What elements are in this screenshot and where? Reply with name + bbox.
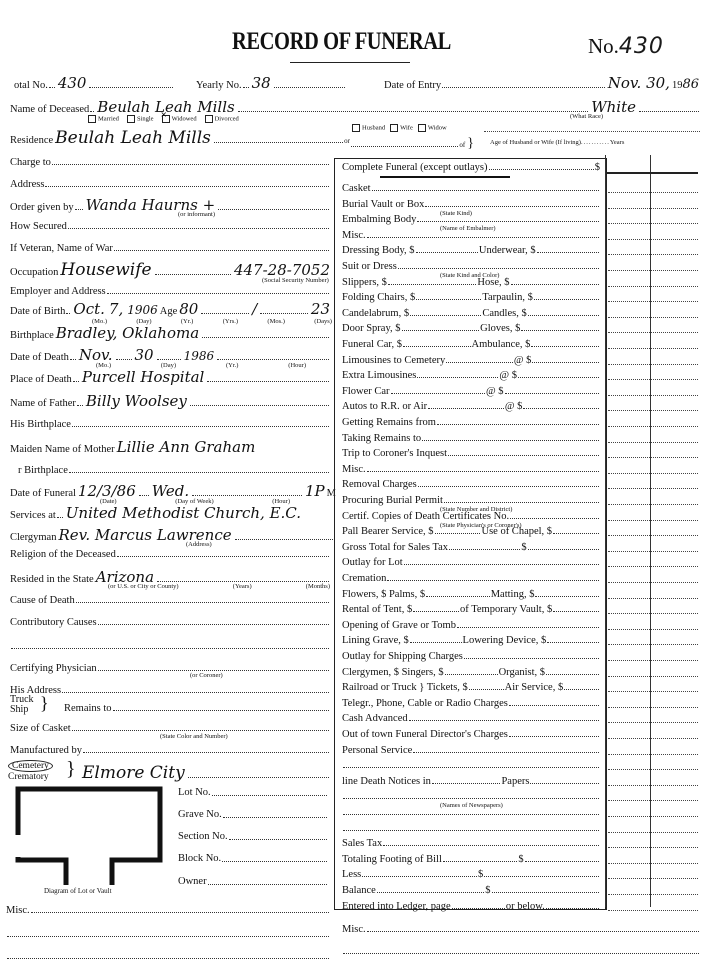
charge-label: Clergymen, $ Singers, $ (342, 667, 444, 678)
charge-line[interactable]: Misc. (342, 230, 600, 241)
charge-line[interactable]: Extra Limousines@ $ (342, 370, 600, 381)
amount-field[interactable] (608, 285, 698, 287)
charge-label: line Death Notices in (342, 776, 431, 787)
amount-field[interactable] (608, 300, 698, 302)
charge-label: Removal Charges (342, 479, 417, 490)
amount-field[interactable] (608, 737, 698, 739)
charge-label: Autos to R.R. or Air (342, 401, 427, 412)
place-of-death-field[interactable]: Place of DeathPurcell Hospital (10, 368, 330, 386)
charge-sublabel: Matting, $ (491, 589, 535, 600)
charge-sublabel: $ (485, 885, 490, 896)
certifying-physician-field[interactable]: Certifying Physician (10, 662, 330, 674)
amount-field[interactable] (608, 768, 698, 770)
marital-widowed[interactable]: Widowed (162, 115, 197, 123)
charge-line[interactable]: Candelabrum, $Candles, $ (342, 308, 600, 319)
checkbox-icon[interactable] (88, 115, 96, 123)
charge-label: Rental of Tent, $ (342, 604, 412, 615)
mother-field[interactable]: Maiden Name of MotherLillie Ann Graham (10, 438, 340, 456)
date-of-entry-value: Nov. 30, (608, 74, 670, 92)
charge-line[interactable]: Burial Vault or Box (342, 199, 600, 210)
services-at-field[interactable]: Services atUnited Methodist Church, E.C. (10, 504, 336, 522)
complete-funeral-row[interactable]: Complete Funeral (except outlays)$ (342, 162, 600, 173)
date-of-entry-field[interactable]: Date of EntryNov. 30,1986 (384, 74, 699, 92)
marital-status-group: Married Single Widowed Divorced (88, 115, 239, 123)
cemetery-circled-label: Cemetery (8, 760, 53, 772)
charge-label: Trip to Coroner's Inquest (342, 448, 447, 459)
charge-line[interactable]: Railroad or Truck } Tickets, $Air Servic… (342, 682, 600, 693)
religion-field[interactable]: Religion of the Deceased (10, 548, 330, 560)
charge-sublabel: of Temporary Vault, $ (460, 604, 552, 615)
total-no-label: otal No. (14, 80, 48, 91)
charge-label: Dressing Body, $ (342, 245, 415, 256)
charge-label: Cash Advanced (342, 713, 408, 724)
amount-field[interactable] (608, 394, 698, 396)
charge-label: Outlay for Lot (342, 557, 403, 568)
charge-sublabel: Ambulance, $ (472, 339, 531, 350)
charge-sublabel: Underwear, $ (479, 245, 536, 256)
charge-line[interactable]: Door Spray, $Gloves, $ (342, 323, 600, 334)
yearly-no-label: Yearly No. (196, 80, 242, 91)
grave-no-field[interactable]: Grave No. (178, 809, 328, 820)
lot-vault-diagram (14, 785, 164, 885)
charge-to-field[interactable]: Charge to (10, 156, 330, 168)
charge-sublabel: Hose, $ (477, 277, 509, 288)
charge-label: Taking Remains to (342, 433, 421, 444)
residence-value: Beulah Leah Mills (55, 128, 211, 148)
amount-field[interactable] (608, 331, 698, 333)
address-field[interactable]: Address (10, 178, 330, 190)
block-no-field[interactable]: Block No. (178, 853, 328, 864)
owner-field[interactable]: Owner (178, 876, 328, 887)
veteran-field[interactable]: If Veteran, Name of War (10, 242, 330, 254)
his-address-field[interactable]: His Address (10, 684, 330, 696)
record-number: No.430 (588, 34, 664, 59)
residence-label: Residence (10, 135, 53, 146)
amount-field[interactable] (608, 628, 698, 630)
charge-label: Out of town Funeral Director's Charges (342, 729, 508, 740)
clergyman-address-caption: (Address) (186, 541, 212, 548)
charge-sublabel: Tarpaulin, $ (482, 292, 533, 303)
amount-field[interactable] (608, 753, 698, 755)
charge-sublabel: Lowering Device, $ (463, 635, 547, 646)
charge-line[interactable]: Outlay for Lot (342, 557, 600, 568)
amount-field[interactable] (608, 456, 698, 458)
charge-line[interactable]: Balance$ (342, 885, 600, 896)
date-of-birth-field[interactable]: Date of Birth Oct.7,1906 Age80/23 (10, 300, 332, 318)
charge-label: Folding Chairs, $ (342, 292, 415, 303)
charge-line[interactable]: Procuring Burial Permit (342, 495, 600, 506)
charge-sublabel: Use of Chapel, $ (481, 526, 552, 537)
cause-of-death-field[interactable]: Cause of Death (10, 594, 330, 606)
amount-field[interactable] (608, 909, 698, 911)
employer-field[interactable]: Employer and Address (10, 285, 330, 297)
amount-field[interactable] (608, 425, 698, 427)
charge-line[interactable]: Personal Service (342, 745, 600, 756)
charge-sublabel: @ $ (514, 355, 532, 366)
charge-label: Totaling Footing of Bill (342, 854, 442, 865)
charge-sublabel: @ $ (499, 370, 517, 381)
year-prefix: 19 (672, 80, 683, 91)
resided-captions: (or U.S. or City or County)(Years)(Month… (108, 583, 330, 590)
contributory-causes-line-2[interactable] (10, 640, 330, 649)
amount-field[interactable] (608, 519, 698, 521)
race-caption: (What Race) (570, 113, 603, 120)
amount-field[interactable] (608, 846, 698, 848)
charge-label: Extra Limousines (342, 370, 416, 381)
charge-label: Door Spray, $ (342, 323, 401, 334)
misc-field-right[interactable]: Misc. (342, 923, 700, 935)
charge-sublabel: Organist, $ (499, 667, 545, 678)
casket-caption: (State Color and Number) (160, 733, 228, 740)
amount-field[interactable] (608, 831, 698, 833)
charge-line[interactable] (342, 823, 600, 831)
name-label: Name of Deceased (10, 104, 89, 115)
amount-field[interactable] (608, 721, 698, 723)
cemetery-crematory-labels: Cemetery Crematory (8, 760, 53, 782)
charge-line[interactable]: Taking Remains to (342, 433, 600, 444)
charge-label: Certif. Copies of Death Certificates No. (342, 511, 509, 522)
charge-line[interactable]: line Death Notices inPapers (342, 776, 600, 787)
amount-field[interactable] (608, 253, 698, 255)
charge-label: Embalming Body (342, 214, 416, 225)
charge-label: Slippers, $ (342, 277, 387, 288)
charge-label: Casket (342, 183, 371, 194)
charge-line[interactable]: Embalming Body (342, 214, 600, 225)
amount-field[interactable] (608, 503, 698, 505)
amount-field[interactable] (608, 706, 698, 708)
cents-column-divider (650, 155, 651, 907)
charge-line[interactable]: Getting Remains from (342, 417, 600, 428)
her-birthplace-field[interactable]: r Birthplace (18, 464, 330, 476)
checkbox-icon[interactable] (352, 124, 360, 132)
charge-line[interactable]: Cremation (342, 573, 600, 584)
amount-field[interactable] (608, 675, 698, 677)
coroner-caption: (or Coroner) (190, 672, 223, 679)
amount-field[interactable] (608, 862, 698, 864)
charge-label: Pall Bearer Service, $ (342, 526, 434, 537)
option-husband[interactable]: Husband (352, 124, 385, 132)
remains-to-field[interactable]: Remains to (64, 702, 330, 714)
charge-sublabel: or below. (506, 901, 545, 912)
date-of-entry-label: Date of Entry (384, 80, 441, 91)
charge-label: Candelabrum, $ (342, 308, 409, 319)
lot-no-field[interactable]: Lot No. (178, 787, 328, 798)
checkbox-icon[interactable] (127, 115, 135, 123)
option-wife[interactable]: Wife (390, 124, 413, 132)
charge-label: Outlay for Shipping Charges (342, 651, 463, 662)
amount-field[interactable] (608, 363, 698, 365)
year-suffix: 86 (682, 77, 699, 92)
charge-sublabel: $ (521, 542, 526, 553)
marital-divorced[interactable]: Divorced (205, 115, 239, 123)
amount-field[interactable] (608, 784, 698, 786)
manufactured-by-field[interactable]: Manufactured by (10, 744, 330, 756)
amount-field[interactable] (608, 565, 698, 567)
charge-label: Procuring Burial Permit (342, 495, 443, 506)
amount-field[interactable] (608, 893, 698, 895)
amount-field[interactable] (608, 799, 698, 801)
charge-line[interactable]: Funeral Car, $Ambulance, $ (342, 339, 600, 350)
charge-line[interactable]: Autos to R.R. or Air@ $ (342, 401, 600, 412)
charge-label: Misc. (342, 464, 366, 475)
amount-field[interactable] (608, 472, 698, 474)
charge-sublabel: Papers (501, 776, 529, 787)
option-widow[interactable]: Widow (418, 124, 447, 132)
section-no-field[interactable]: Section No. (178, 831, 328, 842)
amount-field[interactable] (608, 191, 698, 193)
amount-field[interactable] (608, 238, 698, 240)
charge-label: Burial Vault or Box (342, 199, 424, 210)
informant-caption: (or informant) (178, 211, 215, 218)
charge-line[interactable]: Slippers, $Hose, $ (342, 277, 600, 288)
charge-line[interactable]: Totaling Footing of Bill$ (342, 854, 600, 865)
checkbox-icon[interactable] (418, 124, 426, 132)
checkbox-icon[interactable] (390, 124, 398, 132)
charge-label: Getting Remains from (342, 417, 436, 428)
record-no-label: No. (588, 34, 619, 58)
amount-field[interactable] (608, 269, 698, 271)
amount-field[interactable] (608, 643, 698, 645)
charge-line[interactable]: Gross Total for Sales Tax$ (342, 542, 600, 553)
charge-label: Less (342, 869, 361, 880)
amount-field[interactable] (608, 441, 698, 443)
amount-field[interactable] (608, 534, 698, 536)
charge-line[interactable]: Suit or Dress (342, 261, 600, 272)
charge-label: Funeral Car, $ (342, 339, 402, 350)
ssn-caption: (Social Security Number) (262, 277, 329, 284)
complete-funeral-underline (380, 176, 510, 178)
charge-line[interactable]: Opening of Grave or Tomb (342, 620, 600, 631)
total-no-field[interactable]: otal No.430 (14, 74, 174, 92)
charge-label: Flowers, $ Palms, $ (342, 589, 425, 600)
misc-line-2[interactable] (6, 928, 330, 937)
page-title: RECORD OF FUNERAL (232, 28, 451, 56)
charge-label: Limousines to Cemetery (342, 355, 445, 366)
charge-line[interactable]: Pall Bearer Service, $Use of Chapel, $ (342, 526, 600, 537)
charge-label: Balance (342, 885, 376, 896)
charge-line[interactable]: Sales Tax (342, 838, 600, 849)
charge-label: Telegr., Phone, Cable or Radio Charges (342, 698, 508, 709)
charge-line[interactable]: Telegr., Phone, Cable or Radio Charges (342, 698, 600, 709)
charge-line[interactable]: Limousines to Cemetery@ $ (342, 355, 600, 366)
dollars-column-divider (605, 155, 606, 907)
charge-sublabel: Air Service, $ (505, 682, 564, 693)
order-given-by-field[interactable]: Order given byWanda Haurns + (10, 196, 330, 214)
charge-line[interactable]: Flowers, $ Palms, $Matting, $ (342, 589, 600, 600)
amount-field[interactable] (608, 222, 698, 224)
charge-line[interactable]: Lining Grave, $Lowering Device, $ (342, 635, 600, 646)
charge-sublabel: @ $ (505, 401, 523, 412)
spouse-options-group: Husband Wife Widow (352, 124, 447, 132)
brace: } (40, 693, 49, 714)
spouse-of-field[interactable]: of} (350, 136, 474, 152)
clergyman-field[interactable]: ClergymanRev. Marcus Lawrence (10, 526, 336, 544)
charge-label: Flower Car (342, 386, 390, 397)
charge-line[interactable]: Trip to Coroner's Inquest (342, 448, 600, 459)
charge-line[interactable]: Entered into Ledger, pageor below. (342, 901, 600, 912)
marital-single[interactable]: Single (127, 115, 154, 123)
brace: } (66, 758, 76, 781)
contributory-causes-field[interactable]: Contributory Causes (10, 616, 330, 628)
total-no-value: 430 (58, 74, 87, 92)
yearly-no-field[interactable]: Yearly No.38 (196, 74, 346, 92)
charge-line[interactable] (342, 791, 600, 799)
amount-field[interactable] (608, 207, 698, 209)
father-field[interactable]: Name of FatherBilly Woolsey (10, 392, 330, 410)
charge-sublabel: @ $ (486, 386, 504, 397)
charge-label: Personal Service (342, 745, 412, 756)
charge-line[interactable]: Flower Car@ $ (342, 386, 600, 397)
marital-married[interactable]: Married (88, 115, 119, 123)
charge-line[interactable] (342, 760, 600, 768)
misc-line-right-2[interactable] (342, 945, 700, 954)
amount-field[interactable] (608, 581, 698, 583)
charge-label: Misc. (342, 230, 366, 241)
charge-line[interactable]: Folding Chairs, $Tarpaulin, $ (342, 292, 600, 303)
charge-sublabel: Gloves, $ (480, 323, 520, 334)
amount-field[interactable] (608, 347, 698, 349)
amount-field[interactable] (608, 378, 698, 380)
title-underline (290, 62, 410, 63)
charge-line[interactable]: Out of town Funeral Director's Charges (342, 729, 600, 740)
charge-line[interactable]: Less$ (342, 869, 600, 880)
amount-field[interactable] (608, 316, 698, 318)
spouse-age-field[interactable]: Age of Husband or Wife (If living)......… (490, 139, 624, 146)
amount-field[interactable] (608, 612, 698, 614)
amount-field[interactable] (608, 487, 698, 489)
how-secured-field[interactable]: How Secured (10, 220, 330, 232)
charge-line[interactable]: Misc. (342, 464, 600, 475)
misc-field-left[interactable]: Misc. (6, 904, 330, 916)
his-birthplace-field[interactable]: His Birthplace (10, 418, 330, 430)
residence-field[interactable]: ResidenceBeulah Leah Millsor (10, 128, 350, 148)
charge-label: Lining Grave, $ (342, 635, 409, 646)
charge-line[interactable]: Certif. Copies of Death Certificates No. (342, 511, 600, 522)
charge-line[interactable]: Rental of Tent, $of Temporary Vault, $ (342, 604, 600, 615)
amount-field[interactable] (608, 659, 698, 661)
charge-line[interactable]: Cash Advanced (342, 713, 600, 724)
charge-line[interactable]: Clergymen, $ Singers, $Organist, $ (342, 667, 600, 678)
charge-line[interactable]: Casket (342, 183, 600, 194)
charge-line[interactable]: Removal Charges (342, 479, 600, 490)
misc-line-3[interactable] (6, 950, 330, 959)
charge-line[interactable] (342, 807, 600, 815)
amount-field[interactable] (608, 550, 698, 552)
checked-checkbox-icon[interactable] (162, 115, 170, 123)
charge-label: Suit or Dress (342, 261, 397, 272)
record-no-value: 430 (619, 34, 664, 59)
charge-line[interactable]: Outlay for Shipping Charges (342, 651, 600, 662)
charge-label: Gross Total for Sales Tax (342, 542, 448, 553)
charge-label: Entered into Ledger, page (342, 901, 451, 912)
charge-label: Opening of Grave or Tomb (342, 620, 456, 631)
charge-label: Cremation (342, 573, 386, 584)
charge-sublabel: $ (478, 869, 483, 880)
yearly-no-value: 38 (252, 74, 271, 92)
amount-field[interactable] (608, 815, 698, 817)
diagram-caption: Diagram of Lot or Vault (44, 887, 112, 895)
charge-sublabel: $ (518, 854, 523, 865)
charge-label: Railroad or Truck } Tickets, $ (342, 682, 468, 693)
amount-field[interactable] (608, 597, 698, 599)
amount-field[interactable] (608, 409, 698, 411)
amount-field[interactable] (608, 690, 698, 692)
checkbox-icon[interactable] (205, 115, 213, 123)
amount-field[interactable] (608, 877, 698, 879)
birthplace-field[interactable]: BirthplaceBradley, Oklahoma (10, 324, 330, 342)
charge-label: Sales Tax (342, 838, 382, 849)
cemetery-field[interactable]: Elmore City (80, 763, 330, 783)
charge-sublabel: Candles, $ (482, 308, 526, 319)
truck-ship-labels: TruckShip (10, 695, 34, 715)
charge-line[interactable]: Dressing Body, $Underwear, $ (342, 245, 600, 256)
